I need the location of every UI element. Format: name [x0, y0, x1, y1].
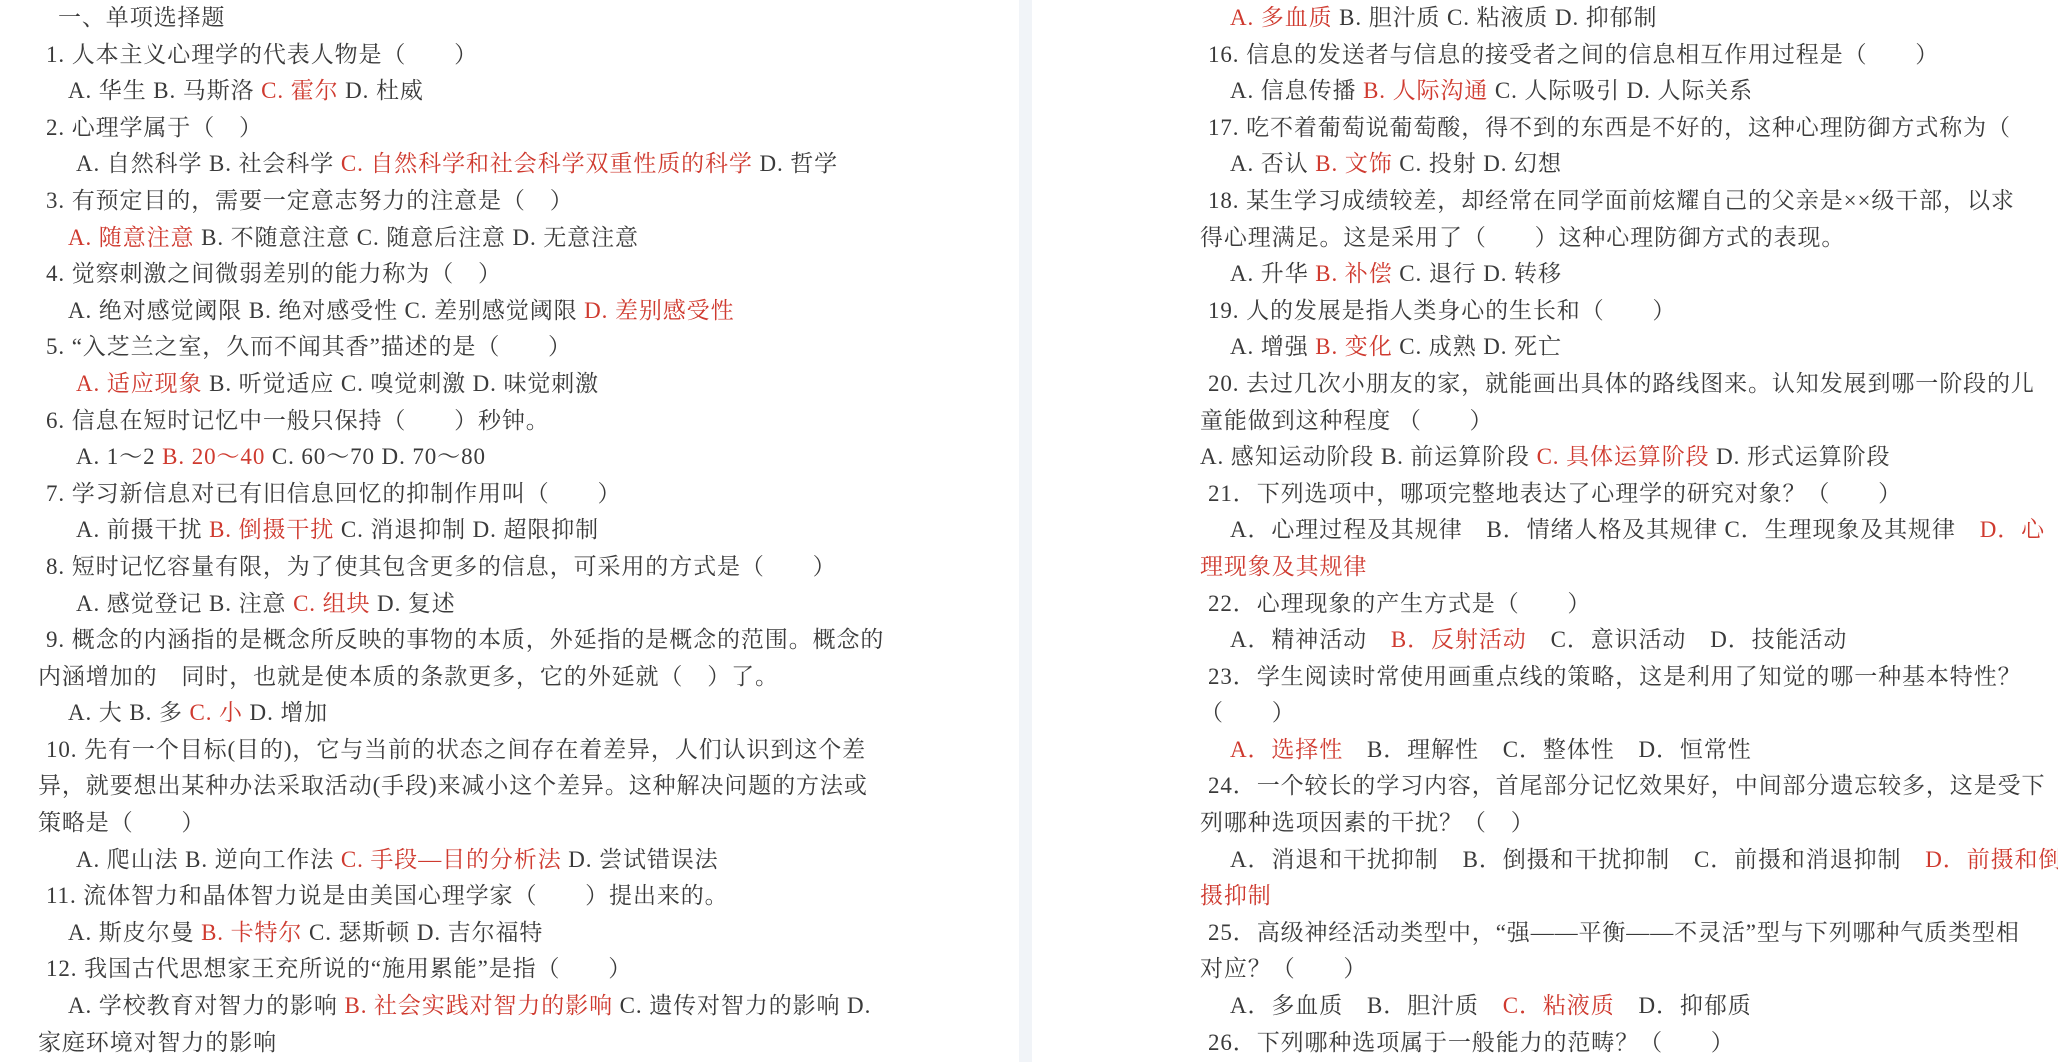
question-line: 17. 吃不着葡萄说葡萄酸，得不到的东西是不好的，这种心理防御方式称为（ ）	[1200, 110, 2056, 147]
text-segment: 12. 我国古代思想家王充所说的“施用累能”是指（ ）	[46, 956, 632, 981]
text-segment: D. 复述	[370, 591, 455, 616]
answer-highlight: B. 变化	[1315, 334, 1392, 359]
text-segment: 1. 人本主义心理学的代表人物是（ ）	[46, 42, 478, 67]
question-line: 23．学生阅读时常使用画重点线的策略，这是利用了知觉的哪一种基本特性？	[1200, 659, 2056, 696]
answer-highlight: B. 社会实践对智力的影响	[344, 993, 613, 1018]
page-divider	[1019, 0, 1032, 1062]
text-segment: C. 投射 D. 幻想	[1393, 151, 1562, 176]
option-line: A. 感觉登记 B. 注意 C. 组块 D. 复述	[38, 586, 1018, 623]
text-segment: A. 爬山法 B. 逆向工作法	[76, 847, 341, 872]
option-line: A. 绝对感觉阈限 B. 绝对感受性 C. 差别感觉阈限 D. 差别感受性	[38, 293, 1018, 330]
answer-highlight: B. 人际沟通	[1363, 78, 1488, 103]
text-segment: C．意识活动 D．技能活动	[1527, 627, 1848, 652]
text-segment: 3. 有预定目的，需要一定意志努力的注意是（ ）	[46, 188, 574, 213]
text-line: A. 感知运动阶段 B. 前运算阶段 C. 具体运算阶段 D. 形式运算阶段	[1200, 439, 2056, 476]
text-segment: 7. 学习新信息对已有旧信息回忆的抑制作用叫（ ）	[46, 481, 621, 506]
text-segment: A. 大 B. 多	[68, 700, 189, 725]
text-segment: 11. 流体智力和晶体智力说是由美国心理学家（ ）提出来的。	[46, 883, 729, 908]
text-segment: A. 斯皮尔曼	[68, 920, 201, 945]
text-segment: 21．下列选项中，哪项完整地表达了心理学的研究对象？（ ）	[1208, 481, 1902, 506]
text-segment: 26．下列哪种选项属于一般能力的范畴？（ ）	[1208, 1030, 1735, 1055]
option-line: A．多血质 B．胆汁质 C．粘液质 D．抑郁质	[1200, 988, 2056, 1025]
text-segment: 2. 心理学属于（ ）	[46, 115, 263, 140]
answer-highlight: B. 20～40	[162, 444, 265, 469]
option-line: A. 多血质 B. 胆汁质 C. 粘液质 D. 抑郁制	[1200, 0, 2056, 37]
option-line: A. 随意注意 B. 不随意注意 C. 随意后注意 D. 无意注意	[38, 220, 1018, 257]
text-line: 对应？（ ）	[1200, 951, 2056, 988]
text-segment: B．理解性 C．整体性 D．恒常性	[1343, 737, 1752, 762]
text-line: 摄抑制	[1200, 878, 2056, 915]
text-segment: 9. 概念的内涵指的是概念所反映的事物的本质，外延指的是概念的范围。概念的	[46, 627, 884, 652]
text-segment: 异，就要想出某种办法采取活动(手段)来减小这个差异。这种解决问题的方法或	[38, 773, 868, 798]
answer-highlight: D．心	[1980, 517, 2045, 542]
right-page-column: A. 多血质 B. 胆汁质 C. 粘液质 D. 抑郁制16. 信息的发送者与信息…	[1200, 0, 2056, 1061]
option-line: A．精神活动 B．反射活动 C．意识活动 D．技能活动	[1200, 622, 2056, 659]
text-segment: 19. 人的发展是指人类身心的生长和（ ）	[1208, 298, 1676, 323]
text-segment: B. 不随意注意 C. 随意后注意 D. 无意注意	[194, 225, 638, 250]
question-line: 6. 信息在短时记忆中一般只保持（ ）秒钟。	[38, 403, 1018, 440]
text-segment: 16. 信息的发送者与信息的接受者之间的信息相互作用过程是（ ）	[1208, 42, 1939, 67]
text-segment: A. 否认	[1230, 151, 1315, 176]
question-line: 22．心理现象的产生方式是（ ）	[1200, 586, 2056, 623]
text-segment: D. 哲学	[753, 151, 838, 176]
text-line: 策略是（ ）	[38, 805, 1018, 842]
option-line: A. 学校教育对智力的影响 B. 社会实践对智力的影响 C. 遗传对智力的影响 …	[38, 988, 1018, 1025]
answer-highlight: A. 多血质	[1230, 5, 1333, 30]
text-segment: C. 成熟 D. 死亡	[1393, 334, 1562, 359]
option-line: A. 前摄干扰 B. 倒摄干扰 C. 消退抑制 D. 超限抑制	[38, 512, 1018, 549]
text-segment: A．心理过程及其规律 B．情绪人格及其规律 C．生理现象及其规律	[1230, 517, 1980, 542]
option-line: A. 增强 B. 变化 C. 成熟 D. 死亡	[1200, 329, 2056, 366]
text-segment: C. 退行 D. 转移	[1393, 261, 1562, 286]
question-line: 5. “入芝兰之室，久而不闻其香”描述的是（ ）	[38, 329, 1018, 366]
text-segment: 内涵增加的 同时，也就是使本质的条款更多，它的外延就（ ）了。	[38, 664, 779, 689]
text-segment: 列哪种选项因素的干扰？（ ）	[1200, 810, 1535, 835]
option-line: A. 1～2 B. 20～40 C. 60～70 D. 70～80	[38, 439, 1018, 476]
answer-highlight: C. 组块	[293, 591, 370, 616]
text-segment: D. 尝试错误法	[562, 847, 719, 872]
option-line: A．心理过程及其规律 B．情绪人格及其规律 C．生理现象及其规律 D．心	[1200, 512, 2056, 549]
text-segment: 20. 去过几次小朋友的家，就能画出具体的路线图来。认知发展到哪一阶段的儿	[1208, 371, 2035, 396]
text-segment: 25．高级神经活动类型中，“强——平衡——不灵活”型与下列哪种气质类型相	[1208, 920, 2020, 945]
question-line: 4. 觉察刺激之间微弱差别的能力称为（ ）	[38, 256, 1018, 293]
text-segment: 23．学生阅读时常使用画重点线的策略，这是利用了知觉的哪一种基本特性？	[1208, 664, 2022, 689]
text-segment: C. 人际吸引 D. 人际关系	[1488, 78, 1753, 103]
text-segment: B. 胆汁质 C. 粘液质 D. 抑郁制	[1333, 5, 1658, 30]
text-line: 家庭环境对智力的影响	[38, 1025, 1018, 1062]
section-title: 一、单项选择题	[38, 0, 1018, 37]
option-line: A. 升华 B. 补偿 C. 退行 D. 转移	[1200, 256, 2056, 293]
text-segment: A. 自然科学 B. 社会科学	[76, 151, 341, 176]
question-line: 16. 信息的发送者与信息的接受者之间的信息相互作用过程是（ ）	[1200, 37, 2056, 74]
question-line: 18. 某生学习成绩较差，却经常在同学面前炫耀自己的父亲是××级干部，以求	[1200, 183, 2056, 220]
text-segment: （ ）	[1200, 700, 1296, 725]
answer-highlight: D. 差别感受性	[584, 298, 734, 323]
question-line: 20. 去过几次小朋友的家，就能画出具体的路线图来。认知发展到哪一阶段的儿	[1200, 366, 2056, 403]
question-line: 24．一个较长的学习内容，首尾部分记忆效果好，中间部分遗忘较多，这是受下	[1200, 768, 2056, 805]
text-segment: 10. 先有一个目标(目的)，它与当前的状态之间存在着差异，人们认识到这个差	[46, 737, 866, 762]
text-line: 童能做到这种程度 （ ）	[1200, 403, 2056, 440]
answer-highlight: C．粘液质	[1503, 993, 1615, 1018]
text-line: 理现象及其规律	[1200, 549, 2056, 586]
text-segment: 17. 吃不着葡萄说葡萄酸，得不到的东西是不好的，这种心理防御方式称为（ ）	[1208, 115, 2058, 140]
option-line: A．选择性 B．理解性 C．整体性 D．恒常性	[1200, 732, 2056, 769]
text-segment: 24．一个较长的学习内容，首尾部分记忆效果好，中间部分遗忘较多，这是受下	[1208, 773, 2045, 798]
question-line: 2. 心理学属于（ ）	[38, 110, 1018, 147]
left-page-column: 一、单项选择题1. 人本主义心理学的代表人物是（ ）A. 华生 B. 马斯洛 C…	[38, 0, 1018, 1061]
text-segment: D．抑郁质	[1615, 993, 1752, 1018]
text-segment: A. 1～2	[76, 444, 162, 469]
text-segment: C. 遗传对智力的影响 D.	[613, 993, 871, 1018]
text-segment: 家庭环境对智力的影响	[38, 1030, 277, 1055]
answer-highlight: C. 霍尔	[261, 78, 338, 103]
question-line: 26．下列哪种选项属于一般能力的范畴？（ ）	[1200, 1025, 2056, 1062]
text-segment: 18. 某生学习成绩较差，却经常在同学面前炫耀自己的父亲是××级干部，以求	[1208, 188, 2015, 213]
answer-highlight: C. 自然科学和社会科学双重性质的科学	[341, 151, 753, 176]
answer-highlight: A. 随意注意	[68, 225, 194, 250]
option-line: A. 信息传播 B. 人际沟通 C. 人际吸引 D. 人际关系	[1200, 73, 2056, 110]
text-segment: A. 感觉登记 B. 注意	[76, 591, 293, 616]
text-segment: 得心理满足。这是采用了（ ）这种心理防御方式的表现。	[1200, 225, 1845, 250]
option-line: A．消退和干扰抑制 B．倒摄和干扰抑制 C．前摄和消退抑制 D．前摄和倒	[1200, 842, 2056, 879]
option-line: A. 自然科学 B. 社会科学 C. 自然科学和社会科学双重性质的科学 D. 哲…	[38, 146, 1018, 183]
answer-highlight: B. 补偿	[1315, 261, 1392, 286]
text-segment: 对应？（ ）	[1200, 956, 1367, 981]
text-line: 得心理满足。这是采用了（ ）这种心理防御方式的表现。	[1200, 220, 2056, 257]
text-segment: D. 形式运算阶段	[1710, 444, 1891, 469]
text-segment: D. 杜威	[339, 78, 424, 103]
text-segment: 5. “入芝兰之室，久而不闻其香”描述的是（ ）	[46, 334, 572, 359]
answer-highlight: A．选择性	[1230, 737, 1343, 762]
text-segment: A. 学校教育对智力的影响	[68, 993, 344, 1018]
question-line: 9. 概念的内涵指的是概念所反映的事物的本质，外延指的是概念的范围。概念的	[38, 622, 1018, 659]
question-line: 7. 学习新信息对已有旧信息回忆的抑制作用叫（ ）	[38, 476, 1018, 513]
text-line: 列哪种选项因素的干扰？（ ）	[1200, 805, 2056, 842]
answer-highlight: 摄抑制	[1200, 883, 1272, 908]
text-segment: C. 瑟斯顿 D. 吉尔福特	[302, 920, 543, 945]
text-segment: 一、单项选择题	[58, 5, 225, 30]
text-segment: D. 增加	[243, 700, 328, 725]
text-segment: 22．心理现象的产生方式是（ ）	[1208, 591, 1591, 616]
question-line: 8. 短时记忆容量有限，为了使其包含更多的信息，可采用的方式是（ ）	[38, 549, 1018, 586]
text-segment: A．精神活动	[1230, 627, 1391, 652]
question-line: 19. 人的发展是指人类身心的生长和（ ）	[1200, 293, 2056, 330]
text-segment: A．多血质 B．胆汁质	[1230, 993, 1503, 1018]
text-line: 异，就要想出某种办法采取活动(手段)来减小这个差异。这种解决问题的方法或	[38, 768, 1018, 805]
answer-highlight: B. 文饰	[1315, 151, 1392, 176]
answer-highlight: C. 手段—目的分析法	[341, 847, 562, 872]
option-line: A. 适应现象 B. 听觉适应 C. 嗅觉刺激 D. 味觉刺激	[38, 366, 1018, 403]
text-segment: A. 感知运动阶段 B. 前运算阶段	[1200, 444, 1537, 469]
answer-highlight: B. 倒摄干扰	[209, 517, 334, 542]
text-segment: B. 听觉适应 C. 嗅觉刺激 D. 味觉刺激	[202, 371, 599, 396]
text-segment: 策略是（ ）	[38, 810, 205, 835]
answer-highlight: 理现象及其规律	[1200, 554, 1367, 579]
text-segment: A. 升华	[1230, 261, 1315, 286]
question-line: 21．下列选项中，哪项完整地表达了心理学的研究对象？（ ）	[1200, 476, 2056, 513]
question-line: 3. 有预定目的，需要一定意志努力的注意是（ ）	[38, 183, 1018, 220]
text-segment: 6. 信息在短时记忆中一般只保持（ ）秒钟。	[46, 408, 550, 433]
answer-highlight: A. 适应现象	[76, 371, 202, 396]
question-line: 1. 人本主义心理学的代表人物是（ ）	[38, 37, 1018, 74]
answer-highlight: B. 卡特尔	[201, 920, 302, 945]
option-line: A. 斯皮尔曼 B. 卡特尔 C. 瑟斯顿 D. 吉尔福特	[38, 915, 1018, 952]
text-segment: 8. 短时记忆容量有限，为了使其包含更多的信息，可采用的方式是（ ）	[46, 554, 837, 579]
text-segment: 4. 觉察刺激之间微弱差别的能力称为（ ）	[46, 261, 502, 286]
answer-highlight: C. 具体运算阶段	[1537, 444, 1710, 469]
text-segment: A. 增强	[1230, 334, 1315, 359]
question-line: 25．高级神经活动类型中，“强——平衡——不灵活”型与下列哪种气质类型相	[1200, 915, 2056, 952]
text-segment: A. 前摄干扰	[76, 517, 209, 542]
question-line: 11. 流体智力和晶体智力说是由美国心理学家（ ）提出来的。	[38, 878, 1018, 915]
text-segment: 童能做到这种程度 （ ）	[1200, 408, 1493, 433]
option-line: A. 否认 B. 文饰 C. 投射 D. 幻想	[1200, 146, 2056, 183]
question-line: 10. 先有一个目标(目的)，它与当前的状态之间存在着差异，人们认识到这个差	[38, 732, 1018, 769]
answer-highlight: B．反射活动	[1391, 627, 1527, 652]
text-segment: A. 绝对感觉阈限 B. 绝对感受性 C. 差别感觉阈限	[68, 298, 584, 323]
question-line: 12. 我国古代思想家王充所说的“施用累能”是指（ ）	[38, 951, 1018, 988]
option-line: A. 大 B. 多 C. 小 D. 增加	[38, 695, 1018, 732]
option-line: A. 爬山法 B. 逆向工作法 C. 手段—目的分析法 D. 尝试错误法	[38, 842, 1018, 879]
option-line: A. 华生 B. 马斯洛 C. 霍尔 D. 杜威	[38, 73, 1018, 110]
text-line: 内涵增加的 同时，也就是使本质的条款更多，它的外延就（ ）了。	[38, 659, 1018, 696]
text-segment: C. 60～70 D. 70～80	[265, 444, 486, 469]
text-segment: A．消退和干扰抑制 B．倒摄和干扰抑制 C．前摄和消退抑制	[1230, 847, 1925, 872]
text-segment: A. 华生 B. 马斯洛	[68, 78, 261, 103]
answer-highlight: D．前摄和倒	[1925, 847, 2058, 872]
answer-highlight: C. 小	[189, 700, 242, 725]
text-line: （ ）	[1200, 695, 2056, 732]
text-segment: A. 信息传播	[1230, 78, 1363, 103]
text-segment: C. 消退抑制 D. 超限抑制	[334, 517, 599, 542]
